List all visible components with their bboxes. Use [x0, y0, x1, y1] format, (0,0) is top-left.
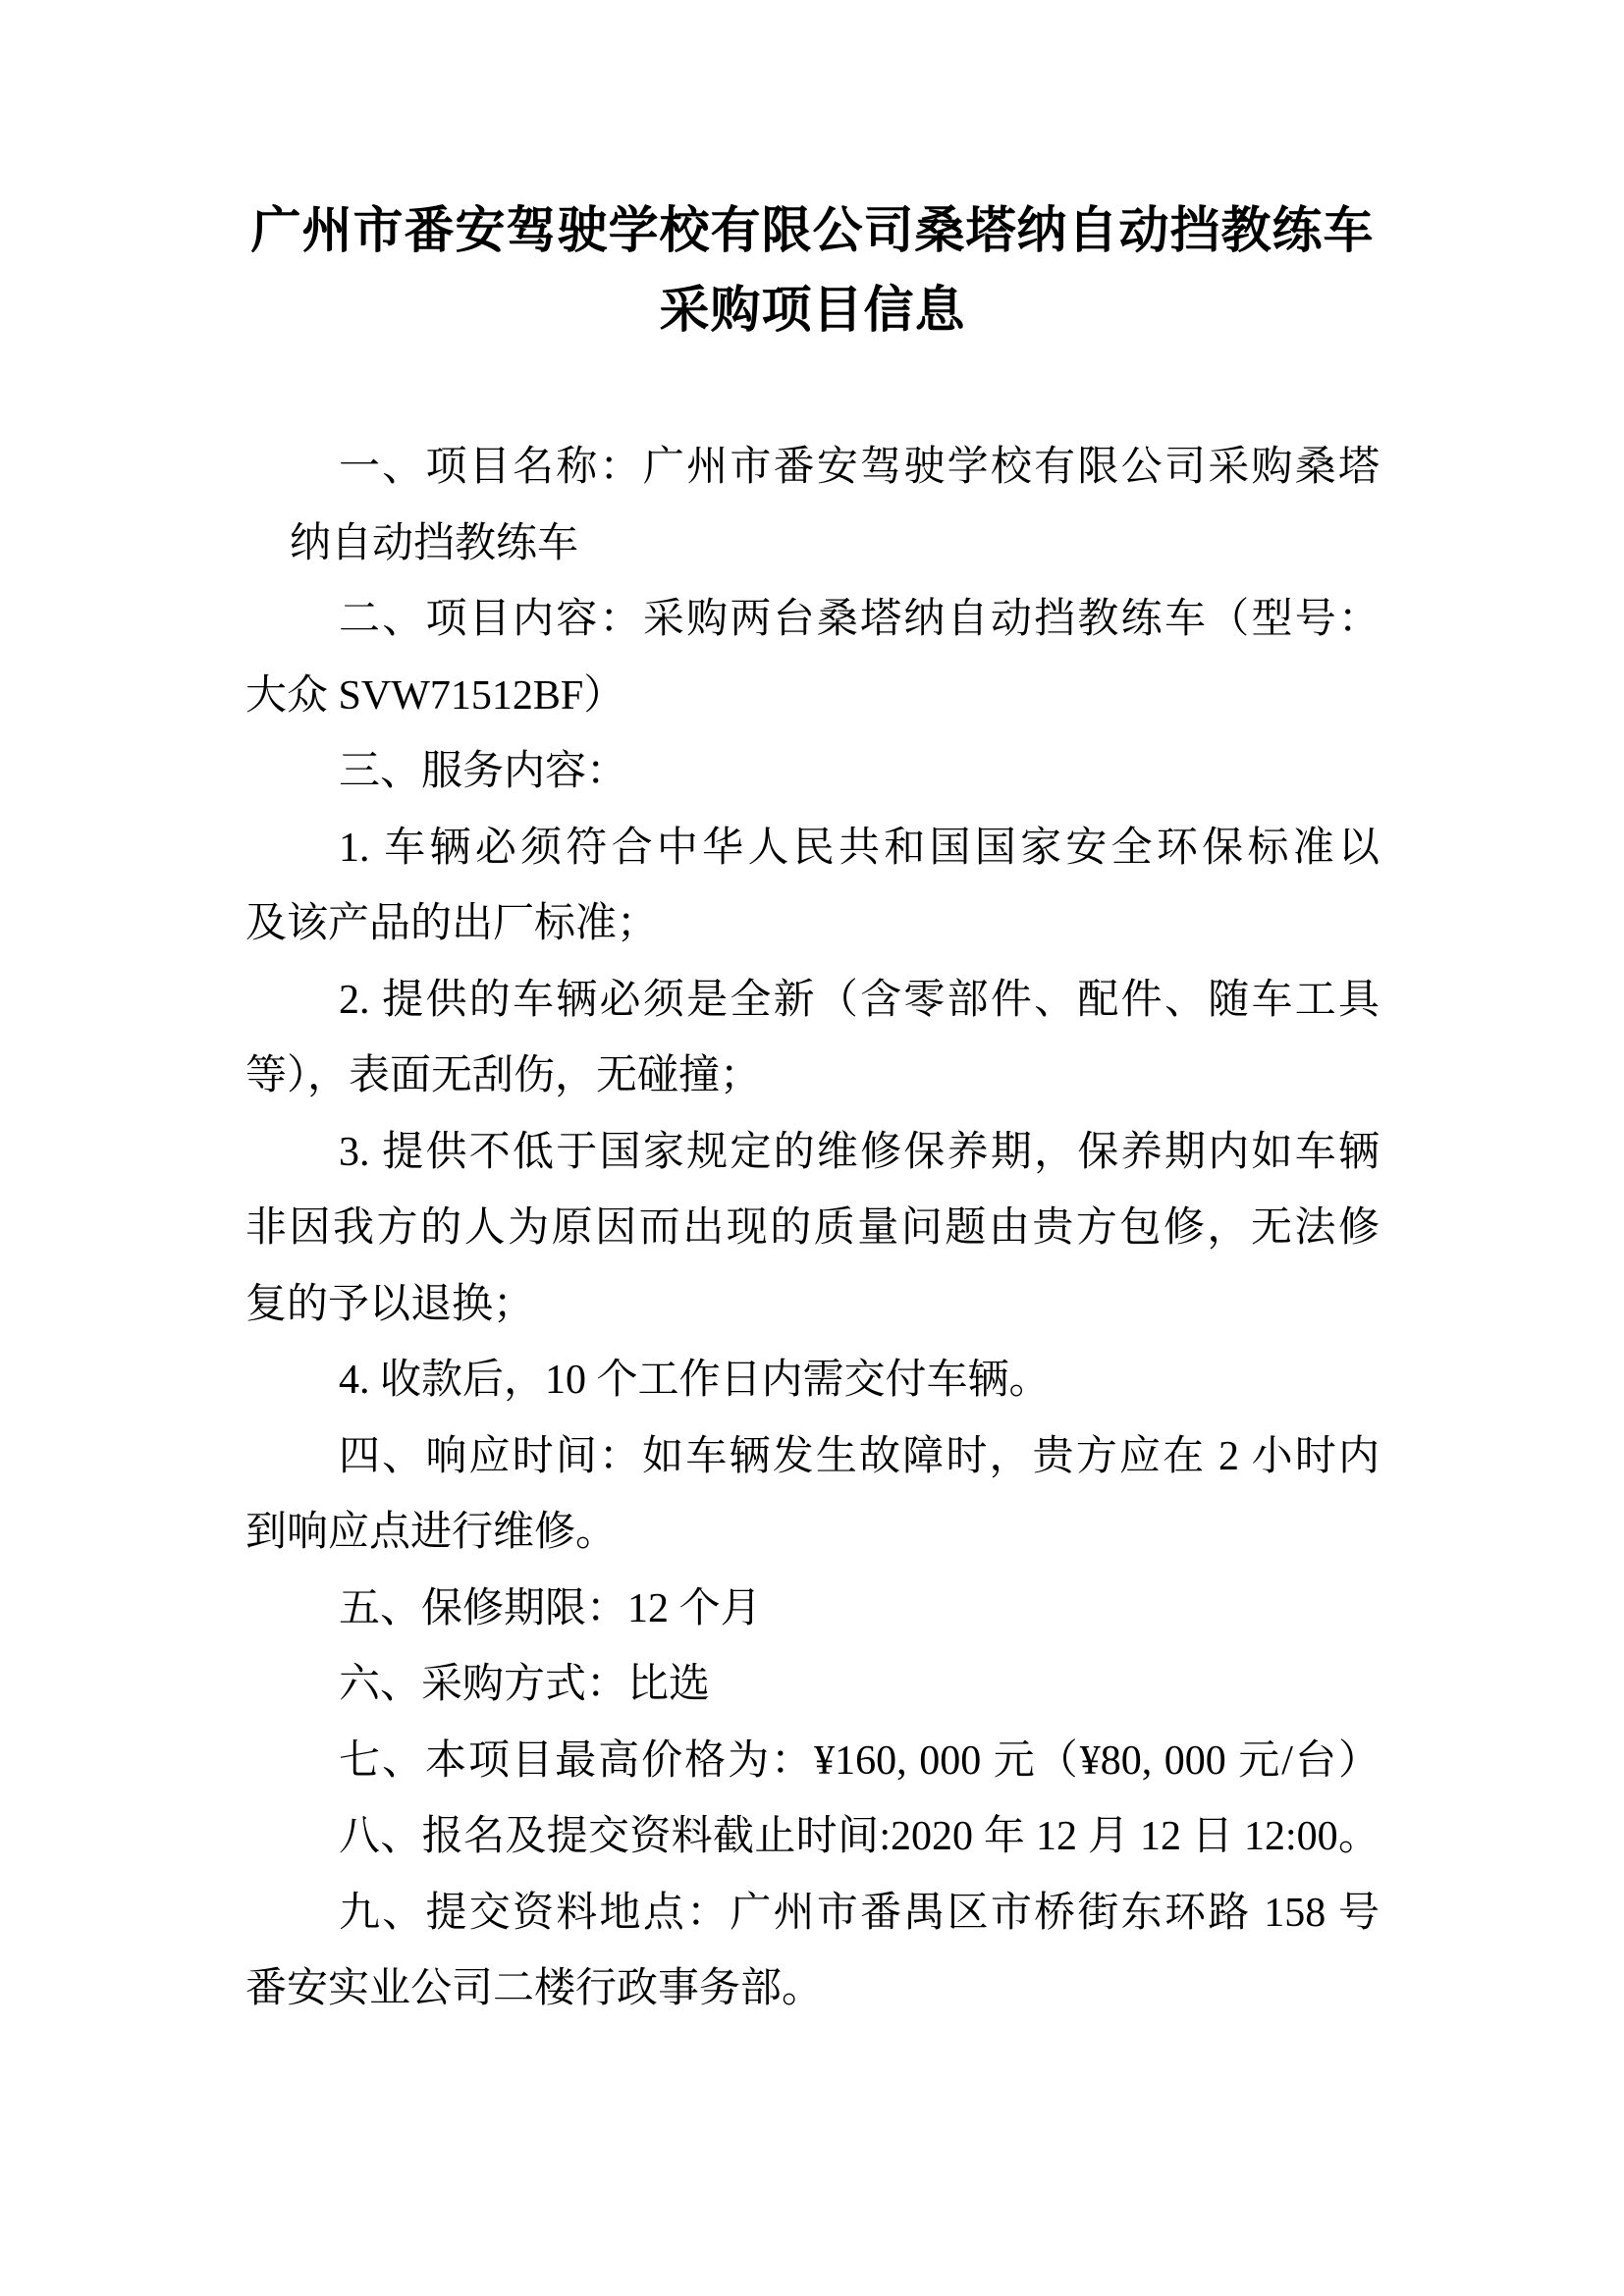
body-line: 二、项目内容：采购两台桑塔纳自动挡教练车（型号： — [245, 582, 1380, 659]
body-line: 等），表面无刮伤，无碰撞； — [245, 1039, 1380, 1115]
body-line: 纳自动挡教练车 — [245, 507, 1380, 583]
document-body: 一、项目名称：广州市番安驾驶学校有限公司采购桑塔纳自动挡教练车二、项目内容：采购… — [245, 430, 1380, 2028]
document-page: 广州市番安驾驶学校有限公司桑塔纳自动挡教练车 采购项目信息 一、项目名称：广州市… — [0, 0, 1624, 2296]
body-line: 1. 车辆必须符合中华人民共和国国家安全环保标准以 — [245, 811, 1380, 887]
body-line: 3. 提供不低于国家规定的维修保养期，保养期内如车辆 — [245, 1115, 1380, 1192]
body-line: 四、响应时间：如车辆发生故障时，贵方应在 2 小时内 — [245, 1419, 1380, 1496]
body-line: 九、提交资料地点：广州市番禺区市桥街东环路 158 号 — [245, 1876, 1380, 1952]
document-title: 广州市番安驾驶学校有限公司桑塔纳自动挡教练车 采购项目信息 — [245, 0, 1380, 351]
body-line: 三、服务内容： — [245, 734, 1380, 811]
body-line: 2. 提供的车辆必须是全新（含零部件、配件、随车工具 — [245, 963, 1380, 1040]
body-line: 番安实业公司二楼行政事务部。 — [245, 1951, 1380, 2028]
body-line: 及该产品的出厂标准； — [245, 886, 1380, 963]
title-line-1: 广州市番安驾驶学校有限公司桑塔纳自动挡教练车 — [245, 192, 1380, 272]
body-line: 非因我方的人为原因而出现的质量问题由贵方包修，无法修 — [245, 1191, 1380, 1267]
body-line: 4. 收款后，10 个工作日内需交付车辆。 — [245, 1343, 1380, 1419]
body-line: 七、本项目最高价格为：¥160, 000 元（¥80, 000 元/台） — [245, 1724, 1380, 1800]
body-line: 大众 SVW71512BF） — [245, 659, 1380, 735]
body-line: 五、保修期限：12 个月 — [245, 1572, 1380, 1648]
body-line: 六、采购方式：比选 — [245, 1647, 1380, 1724]
body-line: 复的予以退换； — [245, 1267, 1380, 1344]
body-line: 到响应点进行维修。 — [245, 1495, 1380, 1572]
title-line-2: 采购项目信息 — [245, 272, 1380, 351]
body-line: 八、报名及提交资料截止时间:2020 年 12 月 12 日 12:00。 — [245, 1799, 1380, 1876]
body-line: 一、项目名称：广州市番安驾驶学校有限公司采购桑塔 — [245, 430, 1380, 507]
